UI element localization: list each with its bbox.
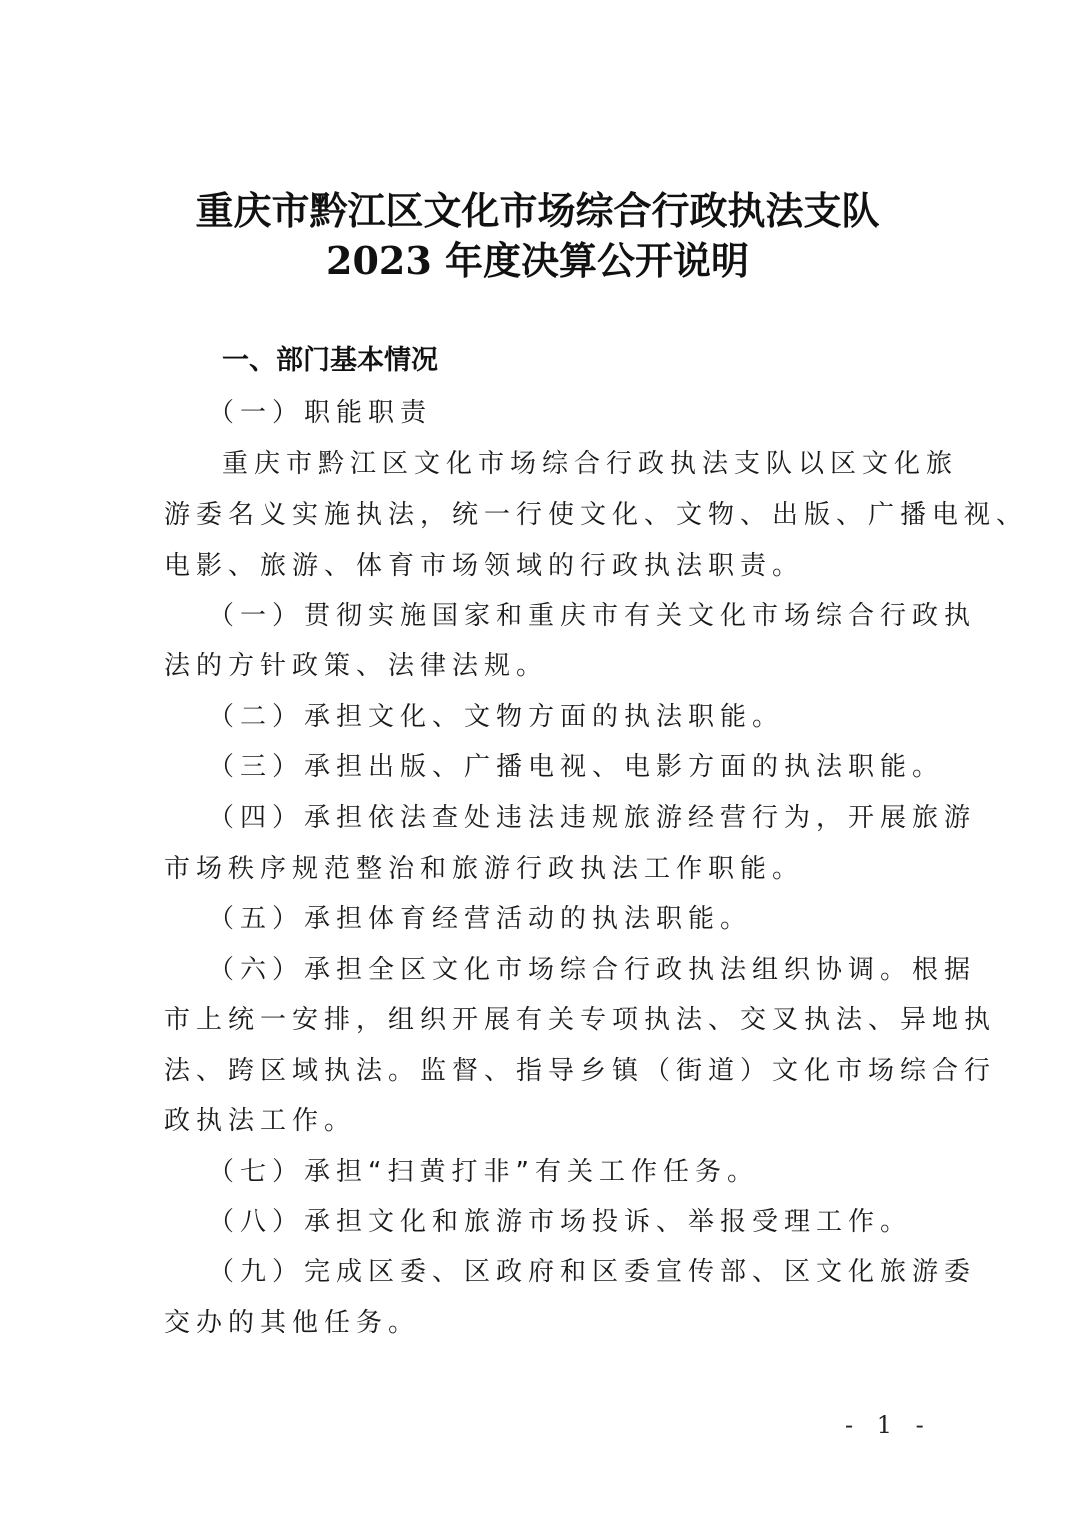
- paragraph-line: 游委名义实施执法，统一行使文化、文物、出版、广播电视、: [164, 497, 1028, 533]
- paragraph-line: 市上统一安排，组织开展有关专项执法、交叉执法、异地执: [164, 1002, 996, 1038]
- paragraph-line: （七）承担“扫黄打非”有关工作任务。: [208, 1154, 759, 1190]
- paragraph-line: （一）贯彻实施国家和重庆市有关文化市场综合行政执: [208, 598, 976, 634]
- paragraph-line: 政执法工作。: [164, 1103, 356, 1139]
- paragraph-line: 法、跨区域执法。监督、指导乡镇（街道）文化市场综合行: [164, 1053, 996, 1089]
- page-number: - 1 -: [845, 1410, 932, 1440]
- document-title-line-2: 2023 年度决算公开说明: [0, 236, 1075, 286]
- section-heading-basic-info: 一、部门基本情况: [222, 343, 438, 379]
- paragraph-line: 交办的其他任务。: [164, 1305, 420, 1341]
- paragraph-line: （九）完成区委、区政府和区委宣传部、区文化旅游委: [208, 1254, 976, 1290]
- paragraph-line: （六）承担全区文化市场综合行政执法组织协调。根据: [208, 952, 976, 988]
- document-title-line-1: 重庆市黔江区文化市场综合行政执法支队: [0, 186, 1075, 236]
- paragraph-line: 电影、旅游、体育市场领域的行政执法职责。: [164, 548, 804, 584]
- paragraph-line: 市场秩序规范整治和旅游行政执法工作职能。: [164, 851, 804, 887]
- subsection-heading-functions: （一）职能职责: [208, 395, 432, 431]
- paragraph-line: （八）承担文化和旅游市场投诉、举报受理工作。: [208, 1204, 912, 1240]
- document-page: 重庆市黔江区文化市场综合行政执法支队 2023 年度决算公开说明 一、部门基本情…: [0, 0, 1075, 1520]
- paragraph-line: （五）承担体育经营活动的执法职能。: [208, 901, 752, 937]
- paragraph-line: 重庆市黔江区文化市场综合行政执法支队以区文化旅: [222, 446, 958, 482]
- paragraph-line: 法的方针政策、法律法规。: [164, 648, 548, 684]
- paragraph-line: （二）承担文化、文物方面的执法职能。: [208, 699, 784, 735]
- paragraph-line: （四）承担依法查处违法违规旅游经营行为，开展旅游: [208, 800, 976, 836]
- paragraph-line: （三）承担出版、广播电视、电影方面的执法职能。: [208, 749, 944, 785]
